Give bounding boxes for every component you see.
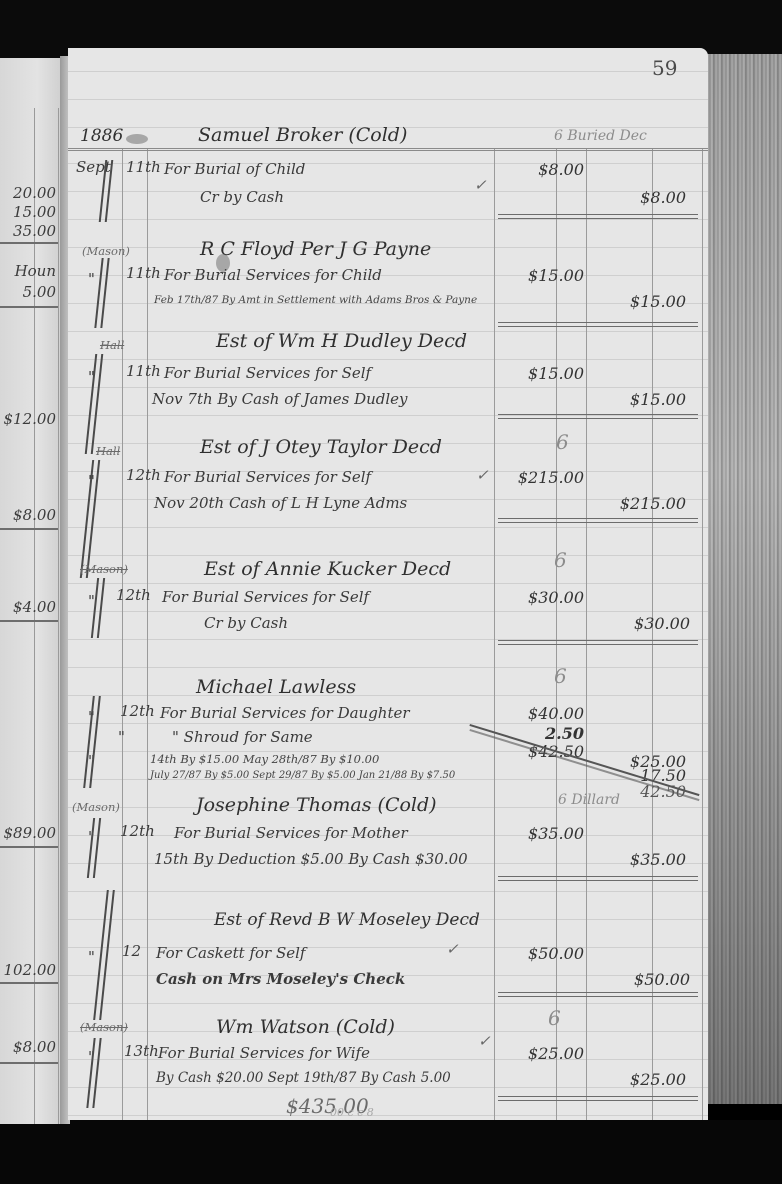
- credit-amount: $50.00: [586, 970, 690, 989]
- debit-cents-rule: [556, 148, 557, 1120]
- settled-double-rule: [498, 640, 698, 645]
- entry-name: Est of J Otey Taylor Decd: [200, 436, 442, 458]
- entry-name: Est of Annie Kucker Decd: [204, 558, 451, 580]
- day-column-rule: [147, 148, 148, 1120]
- entry-line: Cash on Mrs Moseley's Check: [156, 970, 405, 988]
- page-number: 59: [652, 56, 677, 80]
- entry-day: 11th: [126, 264, 161, 282]
- settled-double-rule: [498, 876, 698, 881]
- left-amount: $89.00: [0, 824, 60, 842]
- left-underline: [0, 982, 58, 984]
- left-amount: 35.00: [0, 222, 60, 240]
- date-column-rule: [122, 148, 123, 1120]
- entry-line: For Burial of Child: [164, 160, 305, 178]
- entry-line: Feb 17th/87 By Amt in Settlement with Ad…: [154, 294, 477, 306]
- left-amount: $4.00: [0, 598, 60, 616]
- ditto-mark: ": [88, 270, 95, 288]
- debit-amount: $15.00: [494, 266, 584, 285]
- left-underline: [0, 242, 58, 244]
- entry-line: Cr by Cash: [200, 188, 284, 206]
- entry-day: 12: [122, 942, 141, 960]
- entry-line: For Caskett for Self: [156, 944, 306, 962]
- left-underline: [0, 620, 58, 622]
- bracket-mark: [93, 890, 115, 1020]
- debit-amount: $15.00: [494, 364, 584, 383]
- bracket-mark: [94, 258, 109, 328]
- ditto-mark: ": [88, 948, 95, 966]
- debit-amount: $40.00: [494, 704, 584, 723]
- check-mark: ✓: [476, 466, 489, 484]
- credit-amount: $8.00: [586, 188, 686, 207]
- check-mark: ✓: [446, 940, 459, 958]
- ditto-mark: ": [118, 728, 125, 746]
- entry-day: 12th: [126, 466, 161, 484]
- entry-line: For Burial Services for Self: [162, 588, 369, 606]
- margin-note: (Mason): [82, 244, 130, 258]
- entry-day: 12th: [120, 702, 155, 720]
- left-amount: $8.00: [0, 1038, 60, 1056]
- bracket-mark: [87, 818, 101, 878]
- entry-day: 11th: [126, 158, 161, 176]
- entry-name: Michael Lawless: [196, 676, 356, 698]
- entry-day: 11th: [126, 362, 161, 380]
- debit-column-rule: [494, 148, 495, 1120]
- debit-amount: $30.00: [494, 588, 584, 607]
- entry-name: Samuel Broker (Cold): [198, 124, 407, 146]
- entry-line: For Burial Services for Mother: [174, 824, 408, 842]
- left-underline: [0, 1062, 58, 1064]
- bracket-mark: [80, 460, 100, 578]
- left-amount: Houn: [0, 262, 60, 280]
- heading-rule: [68, 148, 708, 151]
- margin-note: (Mason): [80, 1020, 128, 1034]
- margin-note: Hall: [100, 338, 124, 352]
- bracket-mark: [91, 578, 105, 638]
- debit-amount: $8.00: [494, 160, 584, 179]
- left-underline: [0, 846, 58, 848]
- left-amount: $8.00: [0, 506, 60, 524]
- credit-amount: $30.00: [586, 614, 690, 633]
- entry-name: R C Floyd Per J G Payne: [200, 238, 431, 260]
- debit-amount: $35.00: [494, 824, 584, 843]
- settled-double-rule: [498, 414, 698, 419]
- entry-day: 12th: [120, 822, 155, 840]
- entry-name: Est of Revd B W Moseley Decd: [214, 910, 480, 930]
- entry-line: For Burial Services for Self: [164, 468, 371, 486]
- entry-name: Est of Wm H Dudley Decd: [216, 330, 467, 352]
- credit-amount: $35.00: [586, 850, 686, 869]
- entry-line: Nov 7th By Cash of James Dudley: [152, 390, 408, 408]
- left-amount: $12.00: [0, 410, 60, 428]
- margin-note: Hall: [96, 444, 120, 458]
- entry-line: Cr by Cash: [204, 614, 288, 632]
- page-total-faint-note: 00 c c 8: [330, 1106, 374, 1119]
- credit-amount: $25.00: [586, 1070, 686, 1089]
- entry-line: Nov 20th Cash of L H Lyne Adms: [154, 494, 407, 512]
- scan-background-bottom: [0, 1120, 782, 1184]
- page-edges-shadow: [706, 54, 782, 1104]
- year-heading: 1886: [80, 126, 123, 146]
- bracket-mark: [83, 696, 101, 788]
- settled-double-rule: [498, 518, 698, 523]
- settled-double-rule: [498, 214, 698, 219]
- ledger-page: 59 1886 6 Buried Dec Samuel Broker (Cold…: [68, 48, 708, 1120]
- left-amount: 102.00: [0, 961, 60, 979]
- ink-smudge: [126, 134, 148, 144]
- left-amount: 5.00: [0, 283, 60, 301]
- left-amount: 20.00: [0, 184, 60, 202]
- margin-six: 6: [554, 548, 567, 572]
- entry-line: By Cash $20.00 Sept 19th/87 By Cash 5.00: [156, 1070, 451, 1086]
- check-mark: ✓: [478, 1032, 491, 1050]
- settled-double-rule: [498, 992, 698, 997]
- credit-amount: $215.00: [586, 494, 686, 513]
- credit-amount: $15.00: [586, 390, 686, 409]
- left-underline: [0, 528, 58, 530]
- entry-day: 13th: [124, 1042, 159, 1060]
- entry-name: Josephine Thomas (Cold): [196, 794, 437, 816]
- settled-double-rule: [498, 322, 698, 327]
- entry-line: For Burial Services for Self: [164, 364, 371, 382]
- entry-line: July 27/87 By $5.00 Sept 29/87 By $5.00 …: [150, 770, 455, 781]
- margin-six: 6: [548, 1006, 561, 1030]
- credit-amount: $15.00: [586, 292, 686, 311]
- left-amount: 15.00: [0, 203, 60, 221]
- margin-six: 6: [554, 664, 567, 688]
- entry-line: For Burial Services for Child: [164, 266, 382, 284]
- margin-note: (Mason): [80, 562, 128, 576]
- page-right-rule: [702, 148, 703, 1120]
- header-margin-note: 6 Buried Dec: [554, 128, 647, 144]
- margin-annotation: 6 Dillard: [558, 792, 620, 808]
- entry-line: " Shroud for Same: [172, 728, 313, 746]
- check-mark: ✓: [474, 176, 487, 194]
- entry-line: For Burial Services for Wife: [158, 1044, 370, 1062]
- settled-double-rule: [498, 1096, 698, 1101]
- margin-six: 6: [556, 430, 569, 454]
- debit-amount: $25.00: [494, 1044, 584, 1063]
- left-underline: [0, 306, 58, 308]
- entry-name: Wm Watson (Cold): [216, 1016, 395, 1038]
- left-page: 20.00 15.00 35.00 Houn 5.00 $12.00 $8.00…: [0, 58, 62, 1124]
- entry-line: 14th By $15.00 May 28th/87 By $10.00: [150, 752, 379, 766]
- debit-amount: $215.00: [494, 468, 584, 487]
- entry-line: For Burial Services for Daughter: [160, 704, 410, 722]
- entry-line: 15th By Deduction $5.00 By Cash $30.00: [154, 850, 468, 868]
- debit-amount: $50.00: [494, 944, 584, 963]
- entry-day: 12th: [116, 586, 151, 604]
- margin-note: (Mason): [72, 800, 120, 814]
